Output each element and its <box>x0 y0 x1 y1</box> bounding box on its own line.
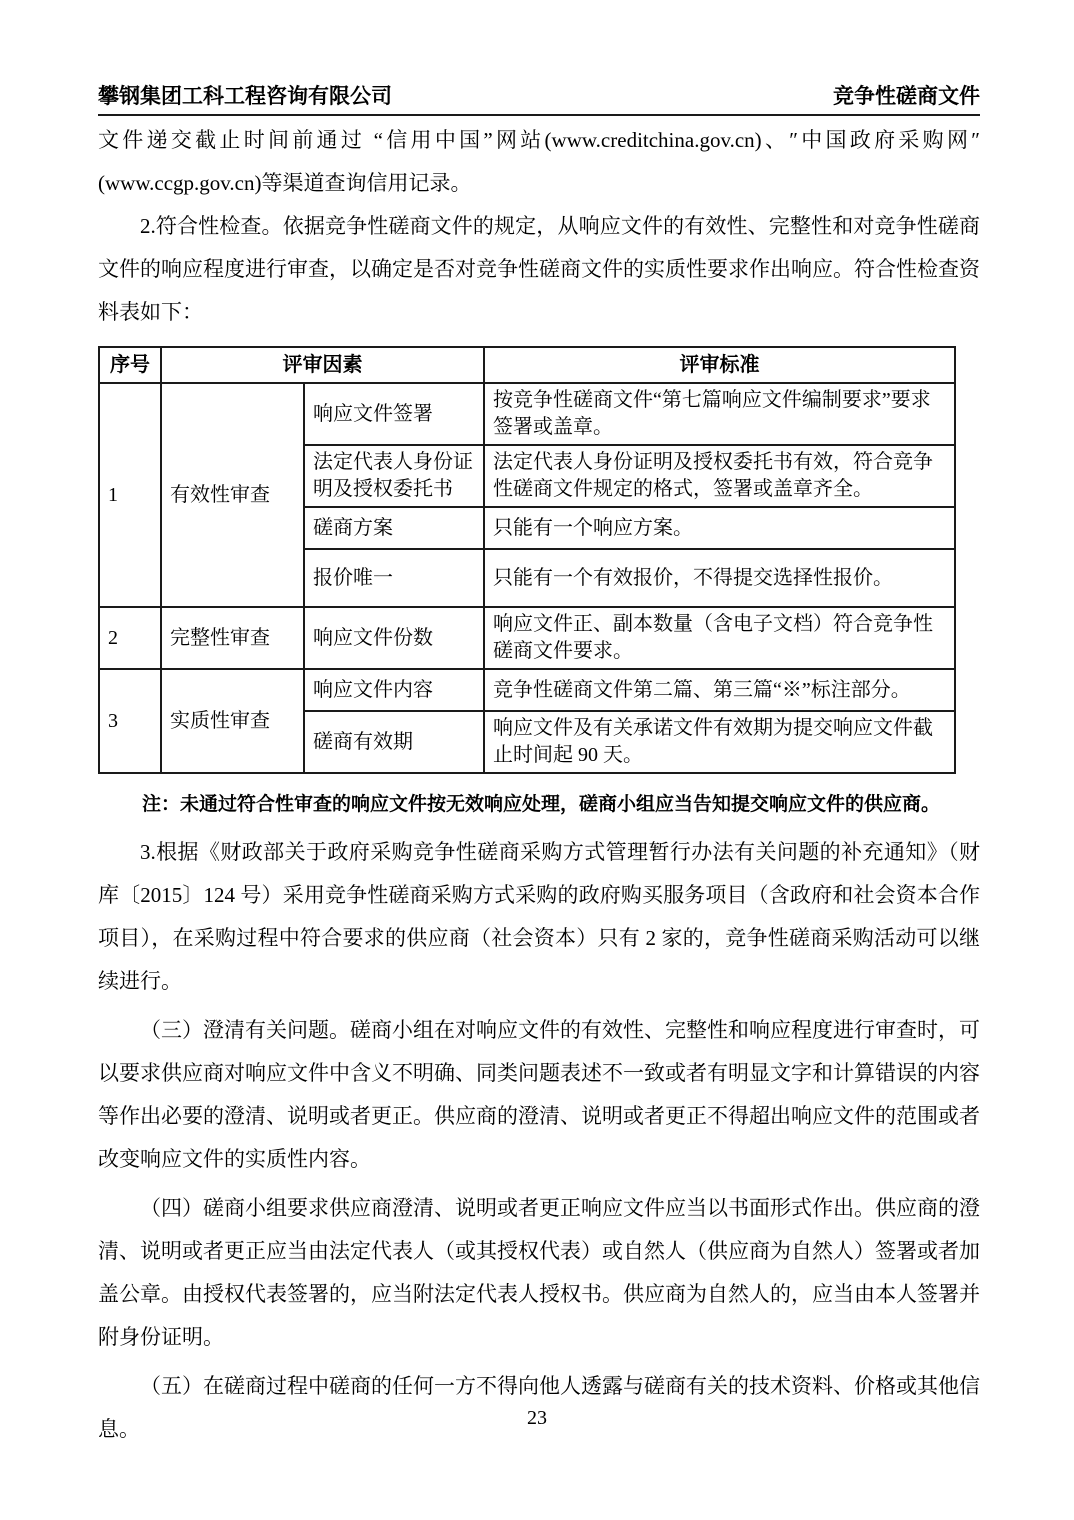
cell-seq-2: 2 <box>99 607 161 669</box>
cell-category-validity: 有效性审查 <box>161 383 304 607</box>
cell-factor-content: 响应文件内容 <box>304 669 484 711</box>
cell-standard-scheme: 只能有一个响应方案。 <box>484 507 955 549</box>
cell-factor-unique-quote: 报价唯一 <box>304 549 484 607</box>
table-row: 3 实质性审查 响应文件内容 竞争性磋商文件第二篇、第三篇“※”标注部分。 <box>99 669 955 711</box>
page-header: 攀钢集团工科工程咨询有限公司 竞争性磋商文件 <box>98 80 980 116</box>
paragraph-written-form: （四）磋商小组要求供应商澄清、说明或者更正响应文件应当以书面形式作出。供应商的澄… <box>98 1187 980 1359</box>
document-page: 攀钢集团工科工程咨询有限公司 竞争性磋商文件 文件递交截止时间前通过 “信用中国… <box>0 0 1074 1520</box>
cell-factor-validity-period: 磋商有效期 <box>304 711 484 773</box>
cell-category-substantive: 实质性审查 <box>161 669 304 773</box>
conformity-review-table: 序号 评审因素 评审标准 1 有效性审查 响应文件签署 按竞争性磋商文件“第七篇… <box>98 346 956 774</box>
cell-factor-scheme: 磋商方案 <box>304 507 484 549</box>
cell-seq-1: 1 <box>99 383 161 607</box>
cell-standard-unique-quote: 只能有一个有效报价，不得提交选择性报价。 <box>484 549 955 607</box>
paragraph-conformity-check: 2.符合性检查。依据竞争性磋商文件的规定，从响应文件的有效性、完整性和对竞争性磋… <box>98 205 980 334</box>
cell-standard-copies: 响应文件正、副本数量（含电子文档）符合竞争性磋商文件要求。 <box>484 607 955 669</box>
col-header-factor: 评审因素 <box>161 347 484 383</box>
table-row: 2 完整性审查 响应文件份数 响应文件正、副本数量（含电子文档）符合竞争性磋商文… <box>99 607 955 669</box>
paragraph-credit-record: 文件递交截止时间前通过 “信用中国”网站(www.creditchina.gov… <box>98 119 980 205</box>
table-note: 注：未通过符合性审查的响应文件按无效响应处理，磋商小组应当告知提交响应文件的供应… <box>98 791 980 818</box>
paragraph-clarification: （三）澄清有关问题。磋商小组在对响应文件的有效性、完整性和响应程度进行审查时，可… <box>98 1009 980 1181</box>
header-document-type: 竞争性磋商文件 <box>833 80 980 110</box>
cell-factor-copies: 响应文件份数 <box>304 607 484 669</box>
cell-factor-signature: 响应文件签署 <box>304 383 484 445</box>
cell-standard-validity-period: 响应文件及有关承诺文件有效期为提交响应文件截止时间起 90 天。 <box>484 711 955 773</box>
page-number: 23 <box>0 1407 1074 1430</box>
table-header-row: 序号 评审因素 评审标准 <box>99 347 955 383</box>
cell-standard-signature: 按竞争性磋商文件“第七篇响应文件编制要求”要求签署或盖章。 <box>484 383 955 445</box>
cell-standard-content: 竞争性磋商文件第二篇、第三篇“※”标注部分。 <box>484 669 955 711</box>
paragraph-supplement-notice: 3.根据《财政部关于政府采购竞争性磋商采购方式管理暂行办法有关问题的补充通知》（… <box>98 831 980 1003</box>
cell-category-completeness: 完整性审查 <box>161 607 304 669</box>
cell-standard-legal-rep: 法定代表人身份证明及授权委托书有效，符合竞争性磋商文件规定的格式，签署或盖章齐全… <box>484 445 955 507</box>
cell-seq-3: 3 <box>99 669 161 773</box>
table-row: 1 有效性审查 响应文件签署 按竞争性磋商文件“第七篇响应文件编制要求”要求签署… <box>99 383 955 445</box>
cell-factor-legal-rep: 法定代表人身份证明及授权委托书 <box>304 445 484 507</box>
col-header-standard: 评审标准 <box>484 347 955 383</box>
header-company-name: 攀钢集团工科工程咨询有限公司 <box>98 80 392 110</box>
col-header-seq: 序号 <box>99 347 161 383</box>
